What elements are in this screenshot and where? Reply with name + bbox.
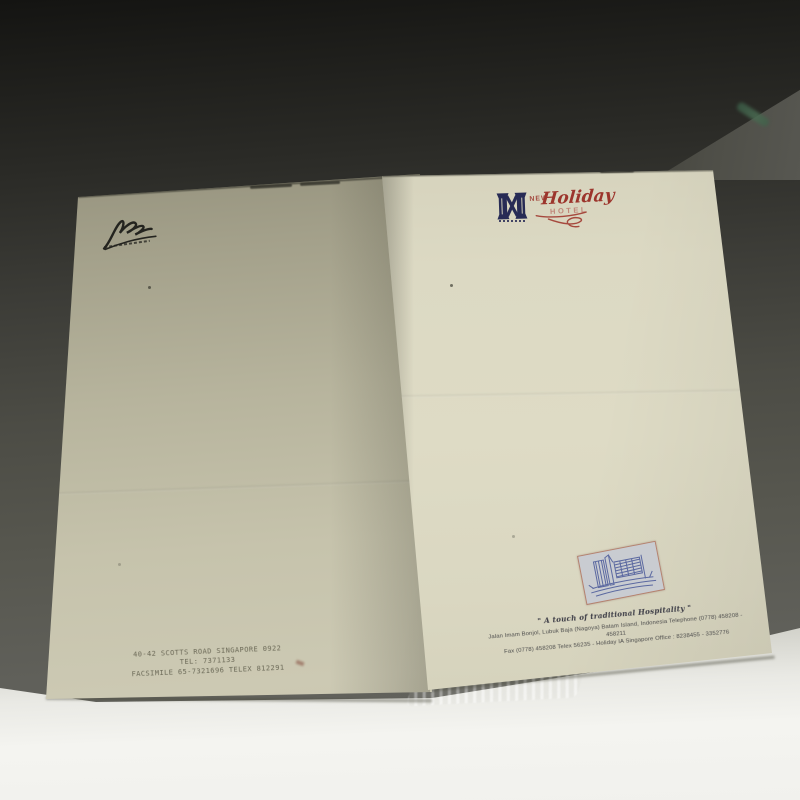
right-sheet-crease	[395, 389, 765, 398]
hotel-building-illustration-icon	[577, 541, 665, 605]
paper-speck	[450, 284, 453, 287]
torn-edge-mark	[600, 169, 634, 173]
paper-speck	[148, 286, 151, 289]
right-sheet-top-edge	[382, 169, 714, 177]
left-sheet-footer: 40-42 SCOTTS ROAD SINGAPORE 0922 TEL: 73…	[106, 643, 310, 681]
hotel-monogram-icon	[496, 191, 529, 220]
photo-of-two-letterheads: 40-42 SCOTTS ROAD SINGAPORE 0922 TEL: 73…	[0, 0, 800, 800]
torn-edge-mark	[250, 184, 292, 189]
paper-speck	[118, 563, 121, 566]
paper-speck	[512, 535, 515, 538]
background-light-patch	[640, 88, 800, 180]
signature-scribble-icon	[97, 209, 166, 257]
emblem-caption-microtext	[499, 220, 527, 222]
right-sheet-footer: " A touch of traditional Hospitality " J…	[484, 599, 747, 658]
brand-logo: NEW Holiday HOTEL	[527, 186, 609, 234]
brand-swash-icon	[534, 209, 593, 237]
